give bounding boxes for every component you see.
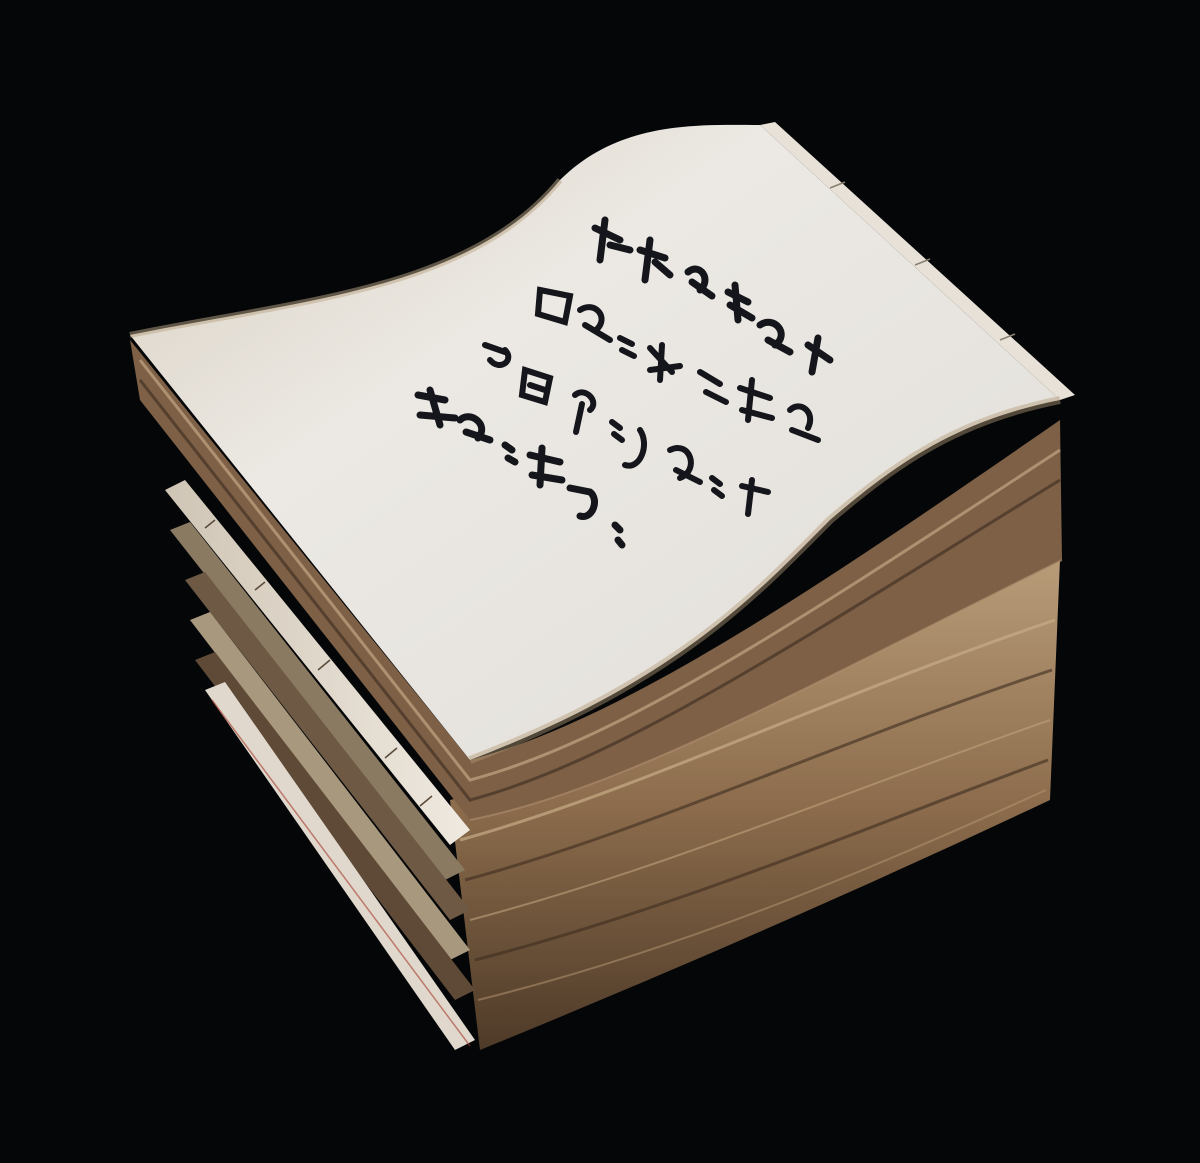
- book-stack-illustration: [0, 0, 1200, 1163]
- photo-scene: [0, 0, 1200, 1163]
